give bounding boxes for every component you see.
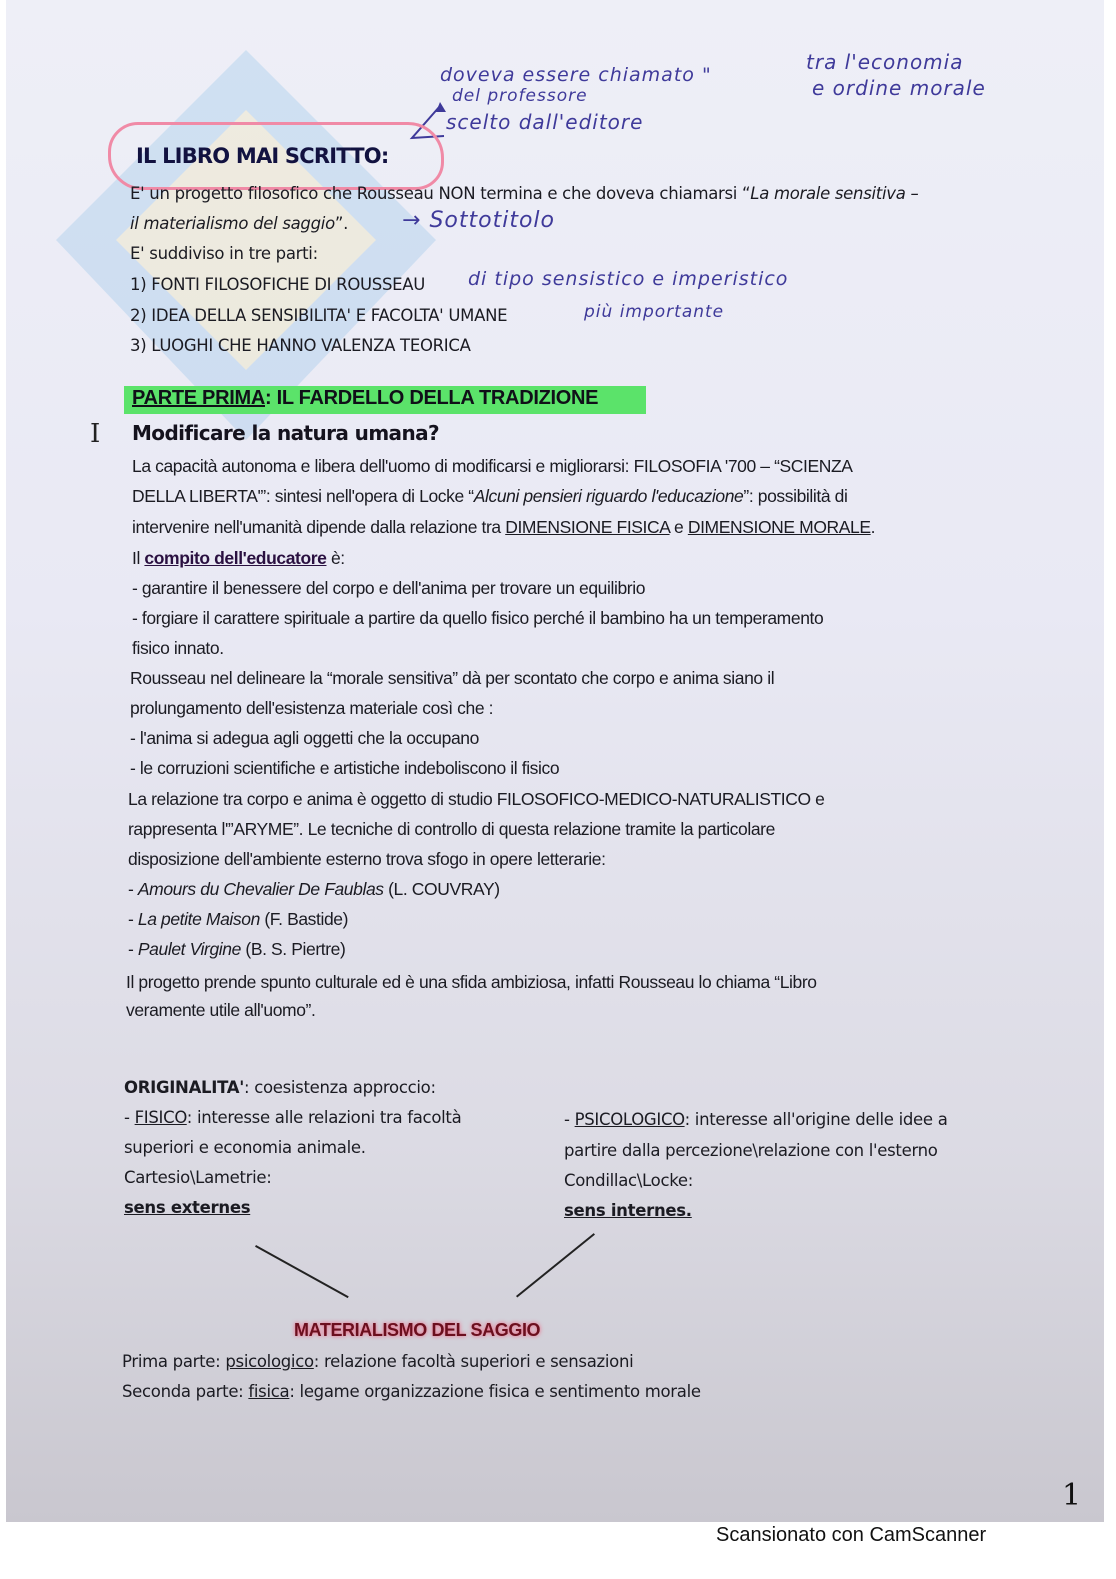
- left-column-line: - FISICO: interesse alle relazioni tra f…: [124, 1108, 461, 1127]
- book-title: Paulet Virgine: [138, 939, 241, 959]
- paragraph-line: DELLA LIBERTA'”: sintesi nell'opera di L…: [132, 486, 847, 507]
- text: : relazione facoltà superiori e sensazio…: [314, 1352, 634, 1371]
- connector-line: [255, 1245, 349, 1298]
- text: Il: [132, 548, 144, 568]
- author: (F. Bastide): [260, 909, 348, 929]
- book-title: il materialismo del saggio: [130, 214, 335, 233]
- text: : IL FARDELLO DELLA TRADIZIONE: [265, 387, 598, 409]
- paragraph-line: La capacità autonoma e libera dell'uomo …: [132, 456, 853, 477]
- paragraph-line: prolungamento dell'esistenza materiale c…: [130, 698, 493, 719]
- left-column-line: Cartesio\Lametrie:: [124, 1168, 272, 1187]
- list-item: fisico innato.: [132, 638, 224, 659]
- text: : interesse alle relazioni tra facoltà: [187, 1108, 462, 1127]
- right-column-line: Condillac\Locke:: [564, 1171, 693, 1190]
- book-title: La petite Maison: [138, 909, 260, 929]
- list-item: - forgiare il carattere spirituale a par…: [132, 608, 823, 629]
- text: ”.: [335, 214, 348, 233]
- text: intervenire nell'umanità dipende dalla r…: [132, 517, 505, 537]
- text: è:: [326, 548, 344, 568]
- paragraph-line: intervenire nell'umanità dipende dalla r…: [132, 517, 875, 538]
- text: ”: possibilità di: [743, 486, 847, 506]
- list-item: - garantire il benessere del corpo e del…: [132, 578, 645, 599]
- paragraph-line: disposizione dell'ambiente esterno trova…: [128, 849, 606, 870]
- intro-line-1: E' un progetto filosofico che Rousseau N…: [130, 184, 918, 203]
- author: (B. S. Piertre): [241, 939, 345, 959]
- handwritten-note: scelto dall'editore: [446, 110, 643, 134]
- left-column-line: sens externes: [124, 1198, 250, 1217]
- handwritten-note: del professore: [452, 86, 588, 106]
- paragraph-line: Il compito dell'educatore è:: [132, 548, 345, 569]
- materialism-heading: MATERIALISMO DEL SAGGIO: [294, 1320, 540, 1341]
- materialism-line: Seconda parte: fisica: legame organizzaz…: [122, 1382, 701, 1401]
- paragraph-line: veramente utile all'uomo”.: [126, 1000, 315, 1021]
- handwritten-note: più importante: [584, 302, 724, 322]
- text: Seconda parte:: [122, 1382, 248, 1401]
- page-title: IL LIBRO MAI SCRITTO:: [136, 144, 388, 168]
- paragraph-line: Il progetto prende spunto culturale ed è…: [126, 972, 817, 993]
- author: (L. COUVRAY): [384, 879, 500, 899]
- originality-line: ORIGINALITA': coesistenza approccio:: [124, 1078, 436, 1097]
- list-item: - Paulet Virgine (B. S. Piertre): [128, 939, 345, 960]
- connector-line: [516, 1233, 595, 1297]
- right-column-line: sens internes.: [564, 1201, 692, 1220]
- text: ORIGINALITA': [124, 1078, 244, 1097]
- list-item: - Amours du Chevalier De Faublas (L. COU…: [128, 879, 500, 900]
- part-item: 3) LUOGHI CHE HANNO VALENZA TEORICA: [130, 336, 471, 355]
- right-column-line: partire dalla percezione\relazione con l…: [564, 1141, 938, 1160]
- section-heading: PARTE PRIMA: IL FARDELLO DELLA TRADIZION…: [132, 387, 598, 410]
- text: compito dell'educatore: [144, 548, 326, 568]
- text: psicologico: [225, 1352, 313, 1371]
- right-column-line: - PSICOLOGICO: interesse all'origine del…: [564, 1110, 948, 1129]
- text: DELLA LIBERTA'”: sintesi nell'opera di L…: [132, 486, 474, 506]
- paragraph-line: rappresenta l'”ARYME”. Le tecniche di co…: [128, 819, 775, 840]
- text: e: [670, 517, 688, 537]
- part-item: 2) IDEA DELLA SENSIBILITA' E FACOLTA' UM…: [130, 306, 507, 325]
- handwritten-note: tra l'economia: [806, 50, 963, 74]
- intro-line-2: il materialismo del saggio”.: [130, 214, 348, 233]
- text: Sottotitolo: [429, 208, 555, 233]
- text: .: [871, 517, 875, 537]
- text: E' un progetto filosofico che Rousseau N…: [130, 184, 750, 203]
- part-item: 1) FONTI FILOSOFICHE DI ROUSSEAU: [130, 275, 425, 294]
- scanned-page: doveva essere chiamato " del professore …: [6, 0, 1104, 1522]
- text: : coesistenza approccio:: [244, 1078, 436, 1097]
- text: DIMENSIONE MORALE: [688, 517, 871, 537]
- paragraph-line: Rousseau nel delineare la “morale sensit…: [130, 668, 774, 689]
- book-title: Alcuni pensieri riguardo l'educazione: [474, 486, 744, 506]
- roman-numeral: I: [90, 419, 100, 449]
- text: : interesse all'origine delle idee a: [685, 1110, 948, 1129]
- scanner-footer: Scansionato con CamScanner: [716, 1524, 986, 1547]
- text: fisica: [248, 1382, 289, 1401]
- text: DIMENSIONE FISICA: [505, 517, 669, 537]
- text: PARTE PRIMA: [132, 387, 265, 409]
- text: Prima parte:: [122, 1352, 225, 1371]
- list-item: - l'anima si adegua agli oggetti che la …: [130, 728, 479, 749]
- book-title: La morale sensitiva –: [750, 184, 918, 203]
- text: : legame organizzazione fisica e sentime…: [289, 1382, 700, 1401]
- paragraph-line: La relazione tra corpo e anima è oggetto…: [128, 789, 825, 810]
- text: PSICOLOGICO: [575, 1110, 685, 1129]
- subheading: Modificare la natura umana?: [132, 421, 439, 445]
- parts-label: E' suddiviso in tre parti:: [130, 244, 318, 263]
- handwritten-note: → Sottotitolo: [402, 208, 555, 233]
- handwritten-note: doveva essere chiamato ": [440, 64, 712, 86]
- list-item: - le corruzioni scientifiche e artistich…: [130, 758, 559, 779]
- left-column-line: superiori e economia animale.: [124, 1138, 366, 1157]
- page-number: 1: [1062, 1478, 1081, 1513]
- handwritten-note: e ordine morale: [812, 76, 986, 100]
- handwritten-note: di tipo sensistico e imperistico: [468, 268, 788, 290]
- materialism-line: Prima parte: psicologico: relazione faco…: [122, 1352, 633, 1371]
- book-title: Amours du Chevalier De Faublas: [138, 879, 384, 899]
- text: FISICO: [135, 1108, 187, 1127]
- list-item: - La petite Maison (F. Bastide): [128, 909, 348, 930]
